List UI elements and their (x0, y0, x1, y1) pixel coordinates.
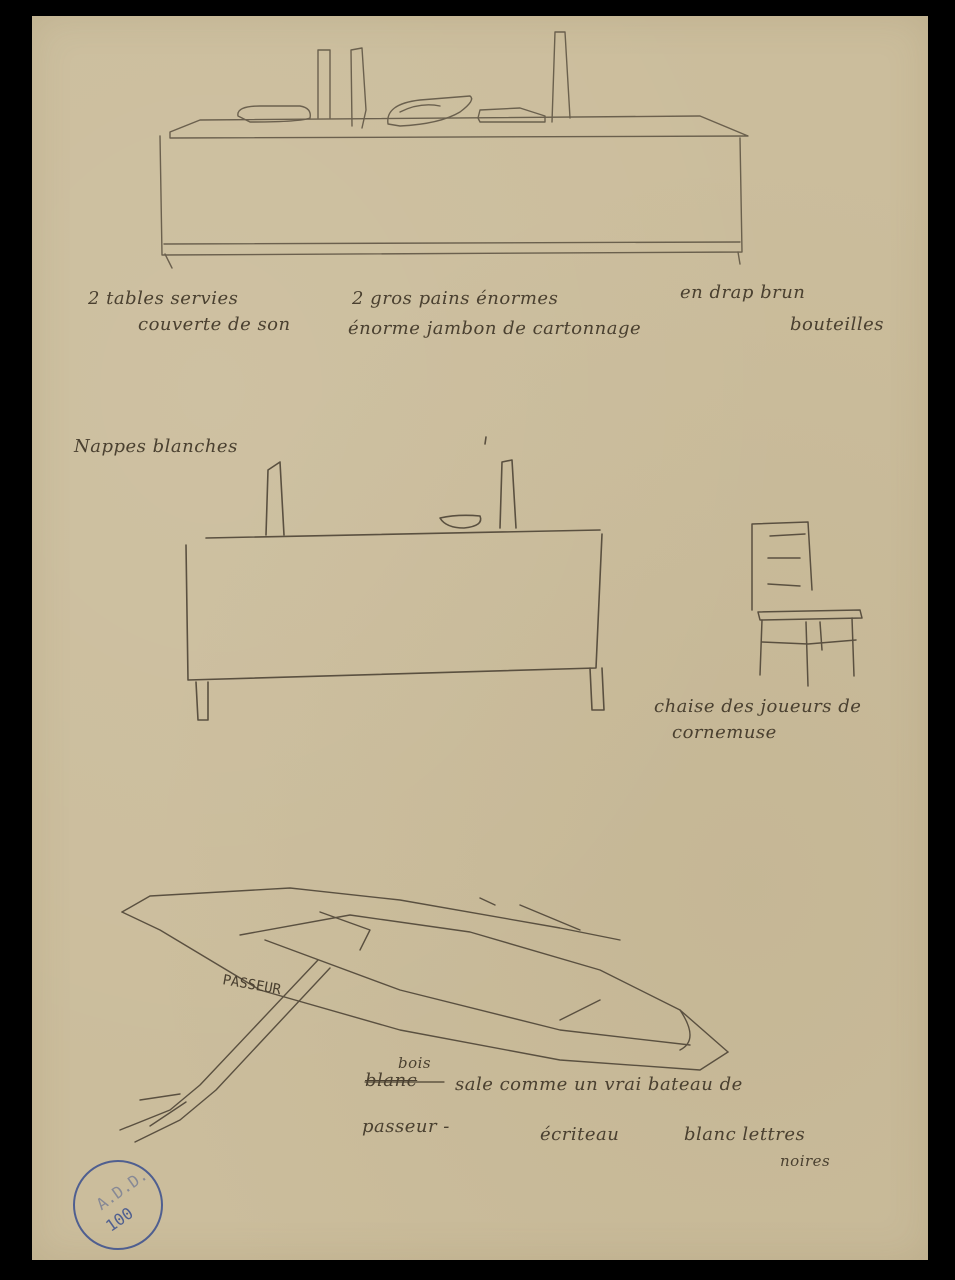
annotation-bouteilles: bouteilles (790, 314, 884, 335)
annotation-drap-brun: en drap brun (680, 282, 805, 303)
annotation-sale-comme: sale comme un vrai bateau de (455, 1074, 743, 1095)
annotation-blanc-lettres: blanc lettres (684, 1124, 805, 1145)
annotation-chaise-line2: cornemuse (672, 722, 777, 743)
annotation-chaise-line1: chaise des joueurs de (654, 696, 861, 717)
annotation-tables-servies: 2 tables servies (88, 288, 238, 309)
archive-stamp: A.D.D. 100 (73, 1160, 163, 1250)
annotation-noires: noires (780, 1152, 830, 1170)
boat-name: PASSEUR (221, 972, 282, 998)
annotation-ecriteau: écriteau (540, 1124, 619, 1145)
annotation-blanc-struck: blanc (365, 1070, 417, 1091)
sketch-chair (752, 522, 862, 686)
annotation-nappes-blanches: Nappes blanches (74, 436, 238, 457)
annotation-passeur: passeur - (362, 1116, 450, 1137)
sketch-boat (120, 888, 728, 1142)
annotation-jambon-cartonnage: énorme jambon de cartonnage (348, 318, 641, 339)
annotation-gros-pains: 2 gros pains énormes (352, 288, 558, 309)
annotation-couverte-de-son: couverte de son (138, 314, 291, 335)
sketch-long-table (160, 32, 748, 268)
sketch-table-nappe (186, 437, 604, 720)
